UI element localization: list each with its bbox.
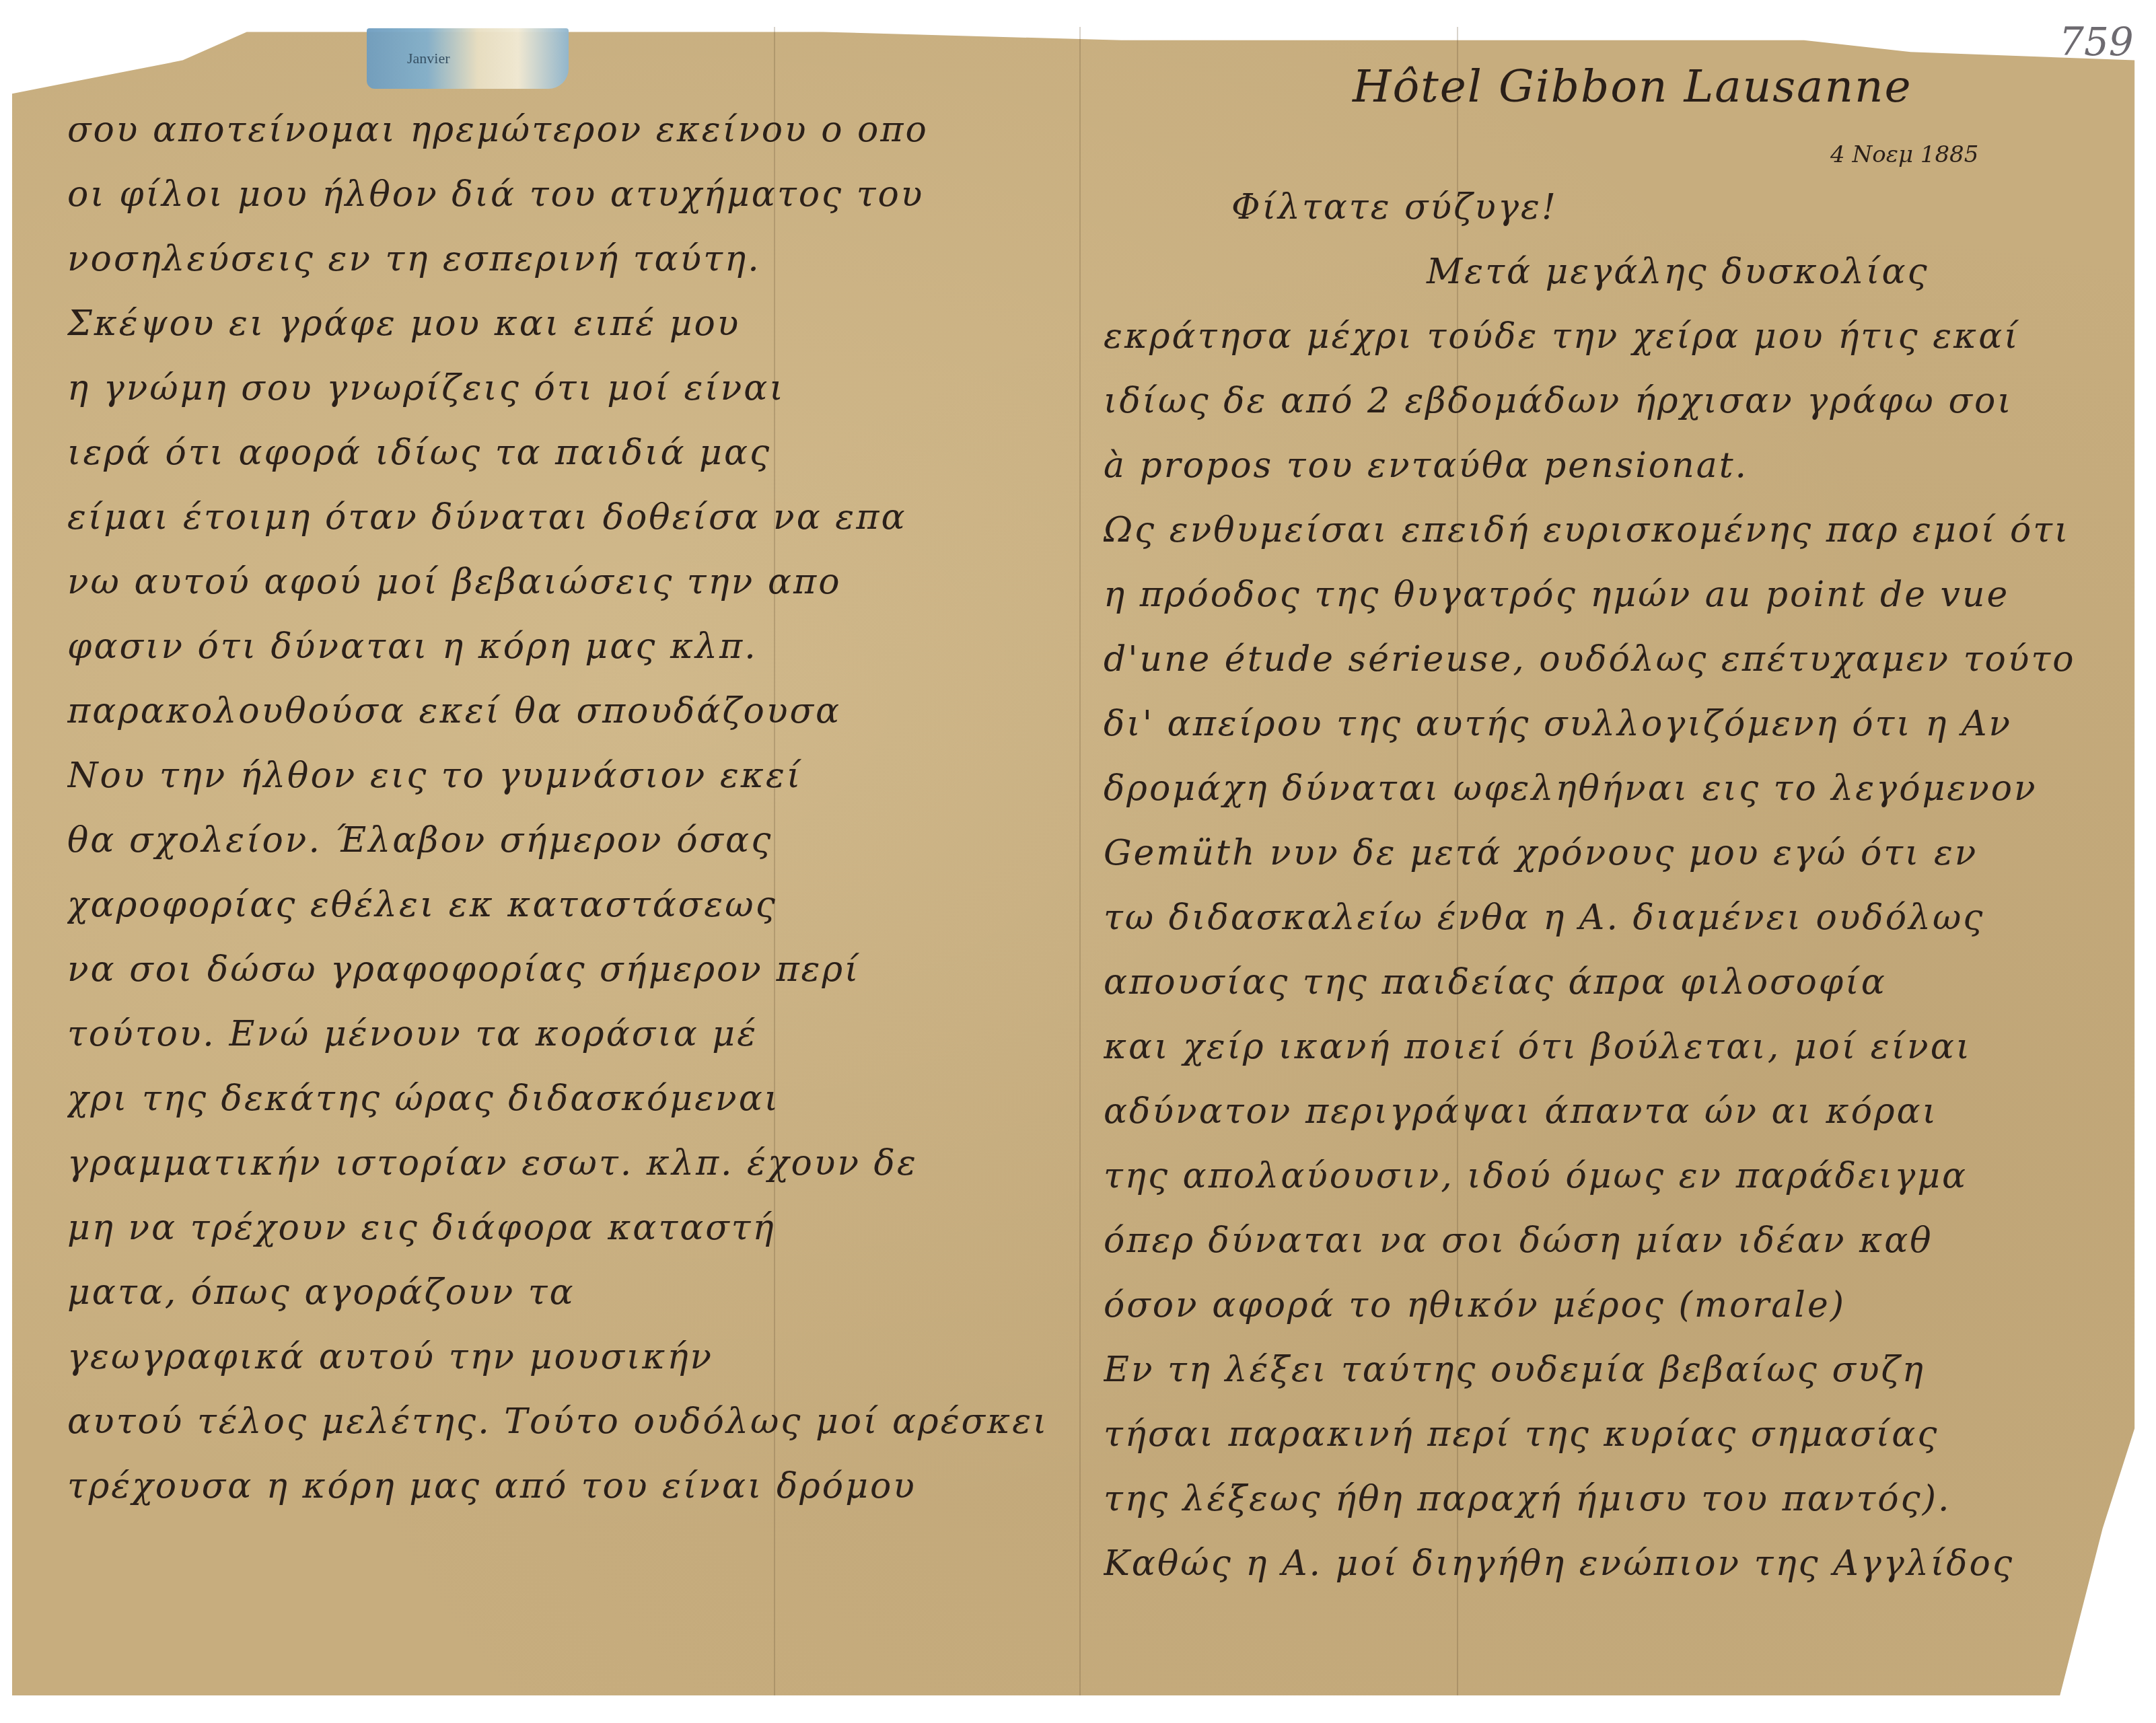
text-line: γεωγραφικά αυτού την μουσικήν bbox=[67, 1325, 1063, 1389]
text-line: μη να τρέχουν εις διάφορα καταστή bbox=[67, 1196, 1063, 1260]
text-line: παρακολουθούσα εκεί θα σπουδάζουσα bbox=[67, 679, 1063, 743]
text-line: οι φίλοι μου ήλθον διά του ατυχήματος το… bbox=[67, 162, 1063, 227]
text-line: Εν τη λέξει ταύτης ουδεμία βεβαίως συζη bbox=[1104, 1337, 2120, 1402]
janvier-text: Janvier bbox=[407, 50, 450, 67]
left-page-text: σου αποτείνομαι ηρεμώτερον εκείνου ο οπο… bbox=[67, 98, 1063, 1518]
text-line: Gemüth νυν δε μετά χρόνους μου εγώ ότι ε… bbox=[1104, 821, 2120, 885]
text-line: Σκέψου ει γράφε μου και ειπέ μου bbox=[67, 291, 1063, 356]
letter-header: Hôtel Gibbon Lausanne bbox=[1353, 61, 1912, 112]
text-line: αδύνατον περιγράψαι άπαντα ών αι κόραι bbox=[1104, 1079, 2120, 1144]
text-line: νοσηλεύσεις εν τη εσπερινή ταύτη. bbox=[67, 227, 1063, 291]
text-line: δι' απείρου της αυτής συλλογιζόμενη ότι … bbox=[1104, 692, 2120, 756]
text-line: όπερ δύναται να σοι δώση μίαν ιδέαν καθ bbox=[1104, 1208, 2120, 1273]
text-line: ματα, όπως αγοράζουν τα bbox=[67, 1260, 1063, 1325]
text-line: θα σχολείον. Έλαβον σήμερον όσας bbox=[67, 808, 1063, 873]
text-line: ιερά ότι αφορά ιδίως τα παιδιά μας bbox=[67, 420, 1063, 485]
text-line: εκράτησα μέχρι τούδε την χείρα μου ήτις … bbox=[1104, 304, 2120, 369]
text-line: Ως ενθυμείσαι επειδή ευρισκομένης παρ εμ… bbox=[1104, 498, 2120, 562]
text-line: χρι της δεκάτης ώρας διδασκόμεναι bbox=[67, 1066, 1063, 1131]
text-line: αυτού τέλος μελέτης. Τούτο ουδόλως μοί α… bbox=[67, 1389, 1063, 1454]
center-fold-line bbox=[1079, 27, 1081, 1695]
archive-number: 759 bbox=[2059, 19, 2134, 65]
text-line: τήσαι παρακινή περί της κυρίας σημασίας bbox=[1104, 1402, 2120, 1467]
text-line: η γνώμη σου γνωρίζεις ότι μοί είναι bbox=[67, 356, 1063, 420]
text-line: τω διδασκαλείω ένθα η Α. διαμένει ουδόλω… bbox=[1104, 885, 2120, 950]
text-line: νω αυτού αφού μοί βεβαιώσεις την απο bbox=[67, 550, 1063, 614]
text-line: γραμματικήν ιστορίαν εσωτ. κλπ. έχουν δε bbox=[67, 1131, 1063, 1196]
text-line: à propos του ενταύθα pensionat. bbox=[1104, 433, 2120, 498]
hotel-place: Hôtel Gibbon Lausanne bbox=[1353, 61, 1912, 112]
text-line: τούτου. Ενώ μένουν τα κοράσια μέ bbox=[67, 1002, 1063, 1066]
janvier-stamp-label: Janvier bbox=[367, 28, 569, 89]
right-page-text: Φίλτατε σύζυγε! Μετά μεγάλης δυσκολίας ε… bbox=[1104, 175, 2120, 1596]
text-line: δρομάχη δύναται ωφεληθήναι εις το λεγόμε… bbox=[1104, 756, 2120, 821]
text-line: απουσίας της παιδείας άπρα φιλοσοφία bbox=[1104, 950, 2120, 1015]
text-line: φασιν ότι δύναται η κόρη μας κλπ. bbox=[67, 614, 1063, 679]
text-line: όσον αφορά το ηθικόν μέρος (morale) bbox=[1104, 1273, 2120, 1337]
text-line: της λέξεως ήθη παραχή ήμισυ του παντός). bbox=[1104, 1467, 2120, 1531]
text-line: τρέχουσα η κόρη μας από του είναι δρόμου bbox=[67, 1454, 1063, 1518]
text-line: σου αποτείνομαι ηρεμώτερον εκείνου ο οπο bbox=[67, 98, 1063, 162]
text-line: της απολαύουσιν, ιδού όμως εν παράδειγμα bbox=[1104, 1144, 2120, 1208]
text-line: χαροφορίας εθέλει εκ καταστάσεως bbox=[67, 873, 1063, 937]
text-line: Νου την ήλθον εις το γυμνάσιον εκεί bbox=[67, 743, 1063, 808]
text-line: Καθώς η Α. μοί διηγήθη ενώπιον της Αγγλί… bbox=[1104, 1531, 2120, 1596]
text-line: d'une étude sérieuse, ουδόλως επέτυχαμεν… bbox=[1104, 627, 2120, 692]
text-line: η πρόοδος της θυγατρός ημών au point de … bbox=[1104, 562, 2120, 627]
text-line: Μετά μεγάλης δυσκολίας bbox=[1104, 240, 2120, 304]
text-line: είμαι έτοιμη όταν δύναται δοθείσα να επα bbox=[67, 485, 1063, 550]
text-line: και χείρ ικανή ποιεί ότι βούλεται, μοί ε… bbox=[1104, 1015, 2120, 1079]
text-line: να σοι δώσω γραφοφορίας σήμερον περί bbox=[67, 937, 1063, 1002]
salutation: Φίλτατε σύζυγε! bbox=[1104, 175, 2120, 240]
text-line: ιδίως δε από 2 εβδομάδων ήρχισαν γράφω σ… bbox=[1104, 369, 2120, 433]
letter-date: 4 Νοεμ 1885 bbox=[1830, 141, 1978, 168]
